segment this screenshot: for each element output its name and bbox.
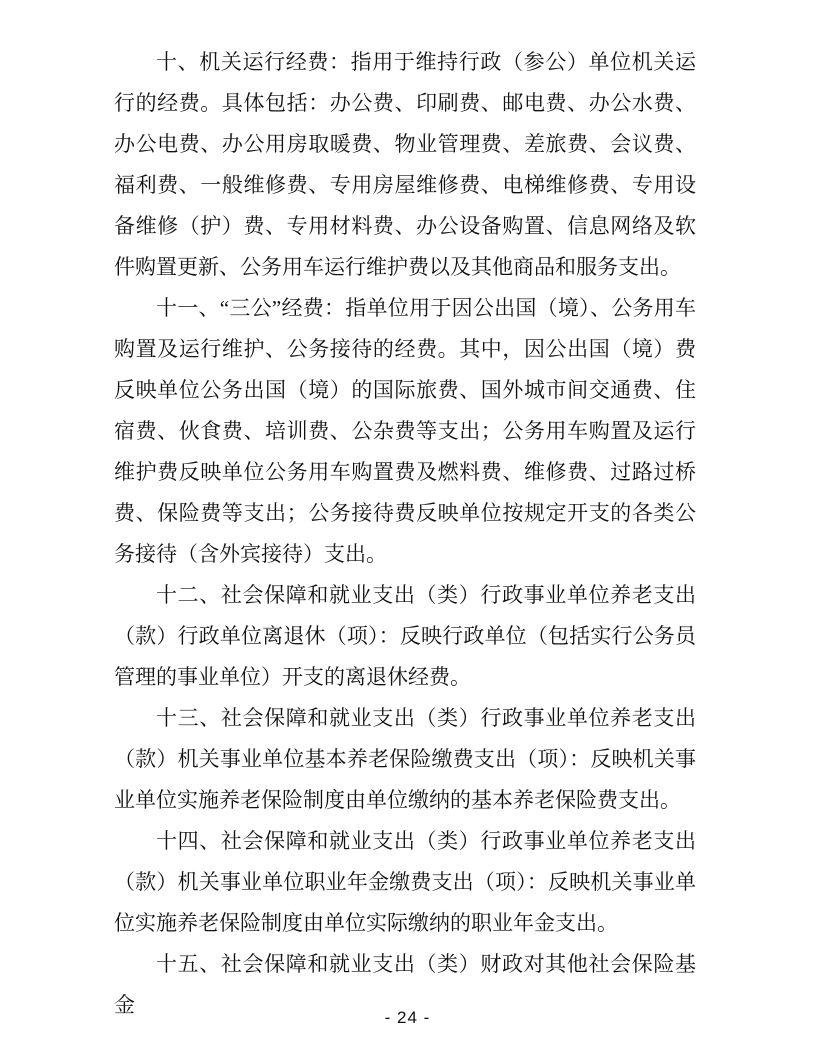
paragraph-basic-pension-contribution: 十三、社会保障和就业支出（类）行政事业单位养老支出（款）机关事业单位基本养老保险… — [114, 698, 696, 821]
paragraph-agency-operating-expenses: 十、机关运行经费：指用于维持行政（参公）单位机关运行的经费。具体包括：办公费、印… — [114, 42, 696, 288]
document-body: 十、机关运行经费：指用于维持行政（参公）单位机关运行的经费。具体包括：办公费、印… — [114, 42, 696, 1026]
page-footer: - 24 - — [0, 1008, 815, 1028]
paragraph-three-public-expenses: 十一、“三公”经费：指单位用于因公出国（境）、公务用车购置及运行维护、公务接待的… — [114, 288, 696, 575]
paragraph-social-security-retirement: 十二、社会保障和就业支出（类）行政事业单位养老支出（款）行政单位离退休（项）：反… — [114, 575, 696, 698]
document-page: 十、机关运行经费：指用于维持行政（参公）单位机关运行的经费。具体包括：办公费、印… — [0, 0, 815, 1055]
page-number: - 24 - — [385, 1008, 431, 1027]
paragraph-occupational-annuity-contribution: 十四、社会保障和就业支出（类）行政事业单位养老支出（款）机关事业单位职业年金缴费… — [114, 821, 696, 944]
